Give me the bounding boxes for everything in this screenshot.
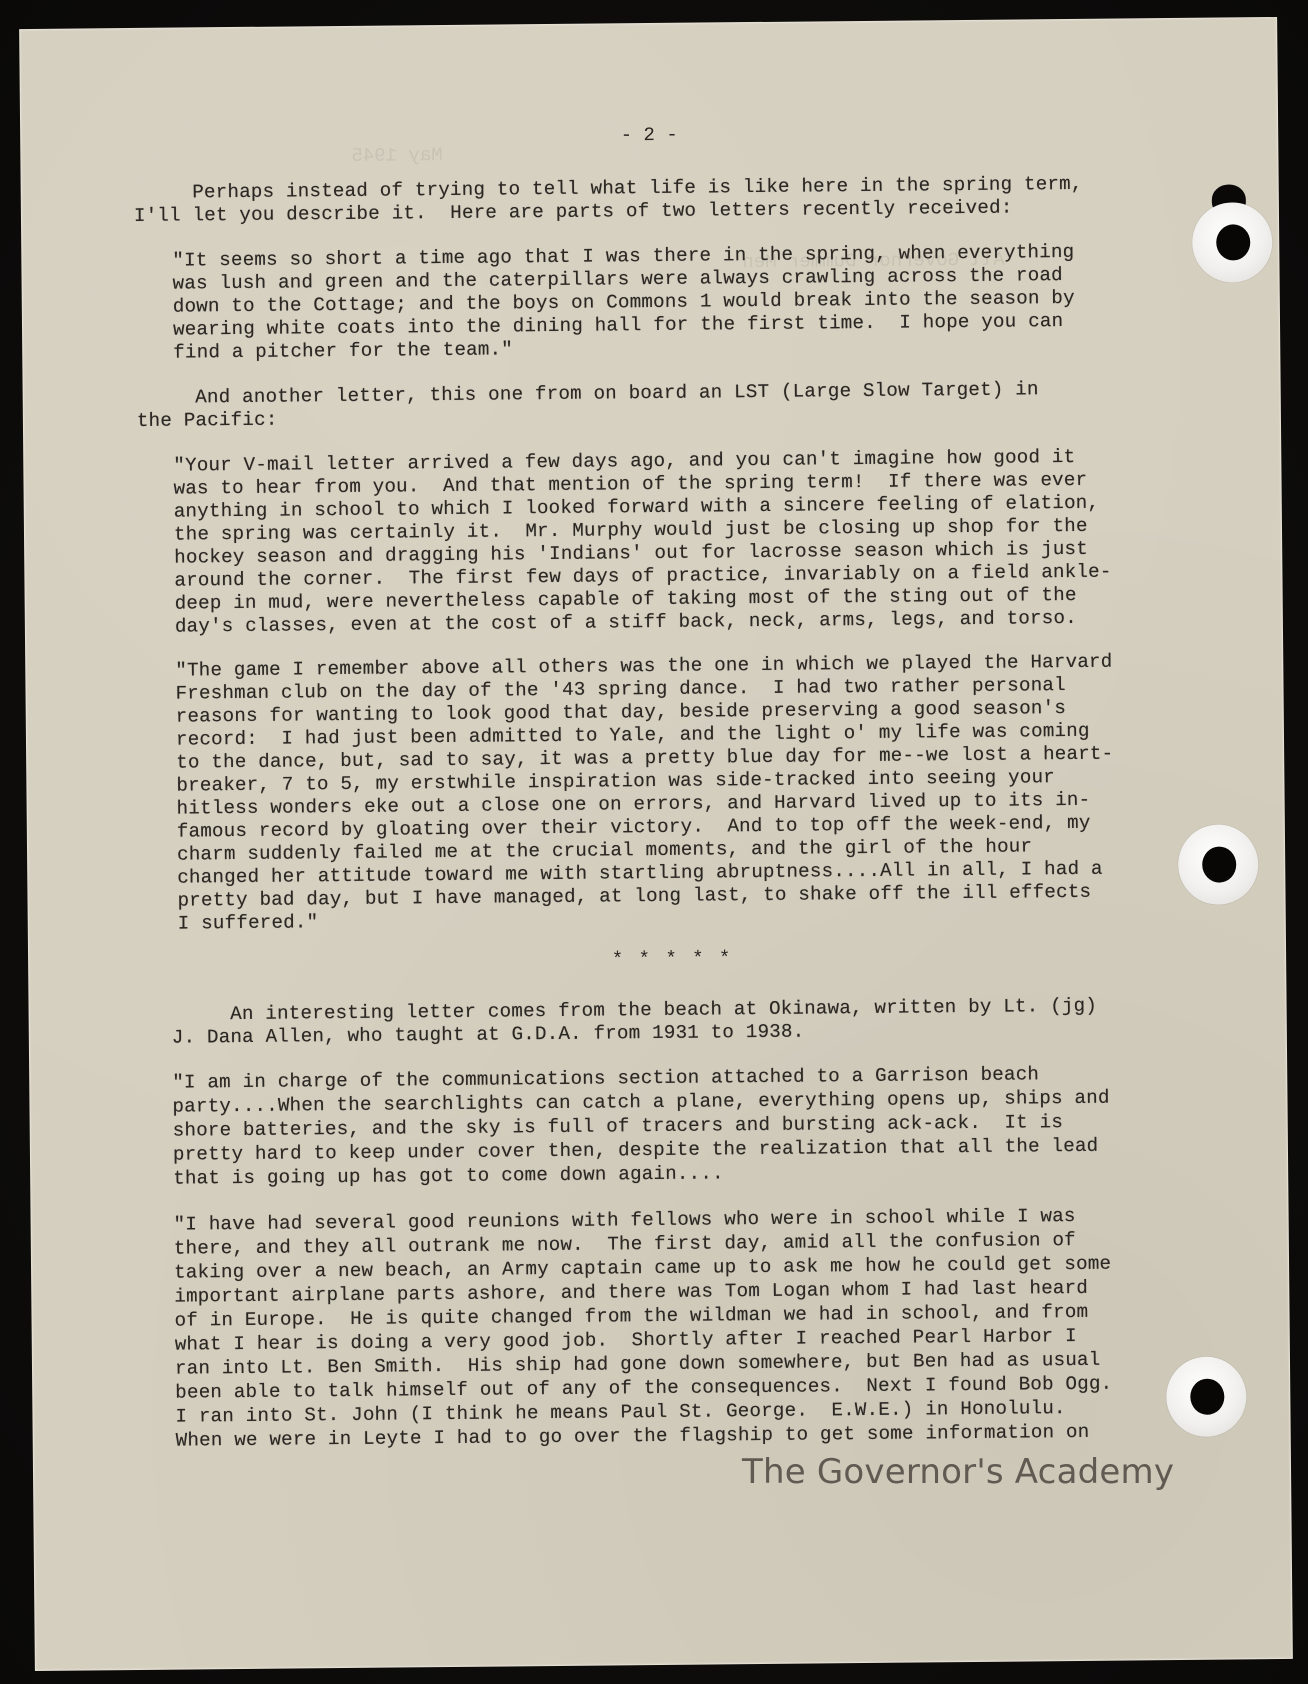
punch-hole-reinforcement (1192, 202, 1273, 283)
document-page: May 1945 All Governor Dummer Men - 2 - P… (20, 18, 1292, 1670)
punch-hole (1202, 846, 1236, 882)
punch-hole-reinforcement (1166, 1356, 1247, 1437)
punch-hole (1216, 224, 1250, 260)
quote-line: I suffered." (178, 910, 319, 935)
section-separator: * * * * * (29, 942, 1285, 976)
scan-background: May 1945 All Governor Dummer Men - 2 - P… (0, 0, 1308, 1684)
punch-hole-reinforcement (1178, 824, 1259, 905)
quote-line: find a pitcher for the team." (173, 337, 513, 364)
punch-hole (1190, 1379, 1224, 1415)
text-line: And another letter, this one from on boa… (137, 377, 1039, 410)
page-number: - 2 - (21, 118, 1277, 152)
watermark: The Governor's Academy (742, 1452, 1174, 1492)
quote-line: that is going up has got to come down ag… (173, 1161, 724, 1190)
text-line: the Pacific: (137, 408, 278, 433)
text-line: J. Dana Allen, who taught at G.D.A. from… (172, 1020, 805, 1050)
